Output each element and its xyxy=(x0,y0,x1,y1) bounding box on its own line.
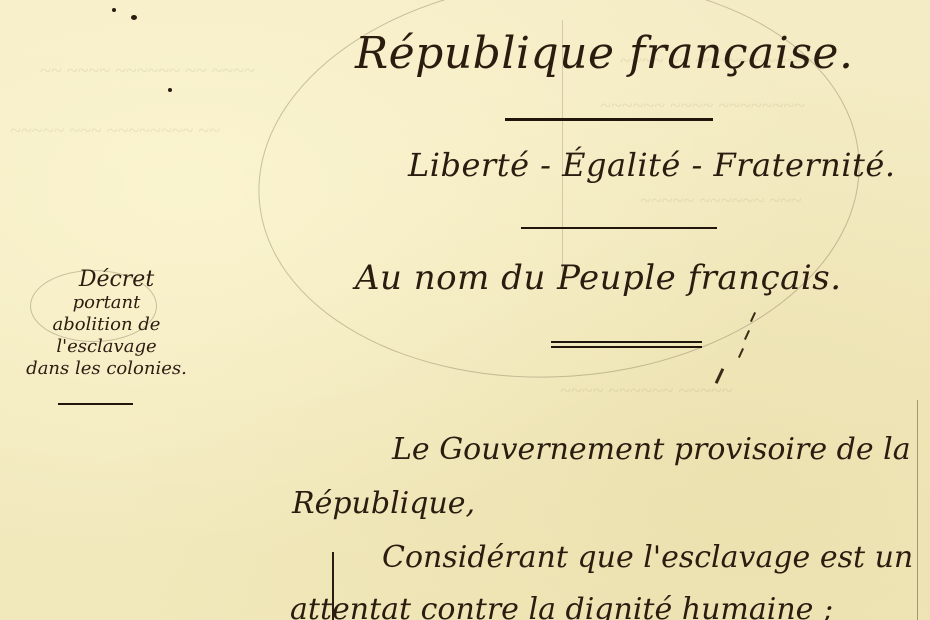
ink-spot xyxy=(168,88,172,92)
manuscript-page: ~~ ~~~~ ~~~~~~ ~~ ~~~~ ~~~~~ ~~~ ~~~~~~~… xyxy=(0,0,930,620)
invocation-double-rule xyxy=(551,346,702,348)
ink-vertical-stroke xyxy=(332,552,334,620)
ink-dash-mark xyxy=(738,348,744,358)
margin-note-line: abolition de l'esclavage xyxy=(4,314,209,358)
page-edge-line xyxy=(917,400,918,620)
body-line: Le Gouvernement provisoire de la xyxy=(392,432,911,467)
bleed-through-text: ~~~~~ ~~~ ~~~~~~~~ ~~ xyxy=(10,120,220,143)
document-title: République française. xyxy=(355,28,853,79)
invocation-double-rule xyxy=(551,341,702,343)
margin-note-line: dans les colonies. xyxy=(4,358,209,380)
body-line: attentat contre la dignité humaine ; xyxy=(290,592,833,620)
margin-note-title: Décret xyxy=(24,268,209,292)
republic-motto: Liberté - Égalité - Fraternité. xyxy=(408,146,895,184)
invocation-line: Au nom du Peuple français. xyxy=(355,258,842,298)
ink-dash-mark xyxy=(744,330,750,340)
margin-note-line: portant xyxy=(4,292,209,314)
body-line: République, xyxy=(292,486,475,521)
margin-note-underline xyxy=(58,403,133,405)
motto-underline xyxy=(521,227,717,229)
margin-note: Décret portant abolition de l'esclavage … xyxy=(4,268,209,380)
bleed-through-text: ~~~~ ~~~~~~ ~~~~~ xyxy=(560,380,732,403)
body-line: Considérant que l'esclavage est un xyxy=(382,540,913,575)
title-underline xyxy=(505,118,713,121)
ink-spot xyxy=(131,15,137,20)
bleed-through-text: ~~ ~~~~ ~~~~~~ ~~ ~~~~ xyxy=(40,60,255,83)
ink-spot xyxy=(112,8,116,12)
